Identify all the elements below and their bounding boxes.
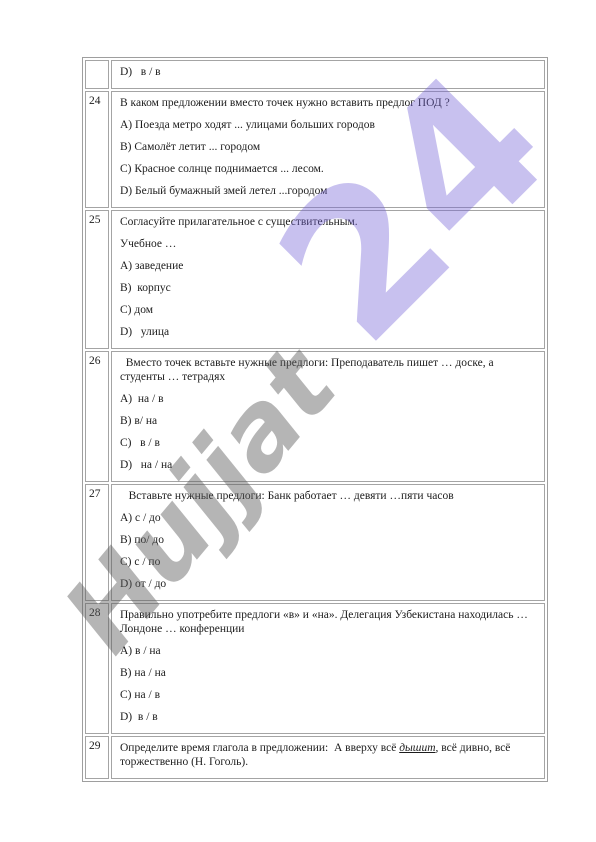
option-d: D) от / до bbox=[120, 577, 536, 591]
text-segment: C) с / по bbox=[120, 556, 160, 568]
text-segment: Определите время глагола в предложении: … bbox=[120, 742, 399, 754]
table-row: 28Правильно употребите предлоги «в» и «н… bbox=[85, 603, 545, 734]
text-segment: B) Самолёт летит ... городом bbox=[120, 141, 260, 153]
document-page: D) в / в24В каком предложении вместо точ… bbox=[0, 0, 596, 842]
text-segment: B) на / на bbox=[120, 667, 166, 679]
question-cell: D) в / в bbox=[111, 60, 545, 89]
option-c: C) дом bbox=[120, 303, 536, 317]
text-segment: D) от / до bbox=[120, 578, 166, 590]
option-a: A) в / на bbox=[120, 644, 536, 658]
text-segment: Вставьте нужные предлоги: Банк работает … bbox=[120, 490, 454, 502]
question-number: 27 bbox=[85, 484, 109, 601]
table-row: 24В каком предложении вместо точек нужно… bbox=[85, 91, 545, 208]
question-text: В каком предложении вместо точек нужно в… bbox=[120, 96, 536, 110]
text-segment: B) по/ до bbox=[120, 534, 164, 546]
option-b: B) по/ до bbox=[120, 533, 536, 547]
question-number: 29 bbox=[85, 736, 109, 779]
question-number: 28 bbox=[85, 603, 109, 734]
text-segment: C) в / в bbox=[120, 437, 160, 449]
text-segment: Правильно употребите предлоги «в» и «на»… bbox=[120, 609, 531, 635]
option-d: D) в / в bbox=[120, 65, 536, 79]
text-segment: D) на / на bbox=[120, 459, 172, 471]
text-segment: D) улица bbox=[120, 326, 169, 338]
text-segment: A) заведение bbox=[120, 260, 183, 272]
option-d: D) улица bbox=[120, 325, 536, 339]
option-a: A) с / до bbox=[120, 511, 536, 525]
option-a: A) заведение bbox=[120, 259, 536, 273]
question-text: Согласуйте прилагательное с существитель… bbox=[120, 215, 536, 229]
option-c: C) с / по bbox=[120, 555, 536, 569]
text-segment: B) в/ на bbox=[120, 415, 157, 427]
table-row: 27 Вставьте нужные предлоги: Банк работа… bbox=[85, 484, 545, 601]
question-text: Вставьте нужные предлоги: Банк работает … bbox=[120, 489, 536, 503]
option-d: D) Белый бумажный змей летел ...городом bbox=[120, 184, 536, 198]
table-row: 26 Вместо точек вставьте нужные предлоги… bbox=[85, 351, 545, 482]
text-segment: B) корпус bbox=[120, 282, 171, 294]
question-text: Определите время глагола в предложении: … bbox=[120, 741, 536, 769]
text-segment: D) Белый бумажный змей летел ...городом bbox=[120, 185, 327, 197]
text-segment: A) с / до bbox=[120, 512, 161, 524]
text-segment: A) Поезда метро ходят ... улицами больши… bbox=[120, 119, 375, 131]
option-c: C) на / в bbox=[120, 688, 536, 702]
option-c: C) Красное солнце поднимается ... лесом. bbox=[120, 162, 536, 176]
questions-table-body: D) в / в24В каком предложении вместо точ… bbox=[85, 60, 545, 779]
questions-table: D) в / в24В каком предложении вместо точ… bbox=[82, 57, 548, 782]
question-stem: Учебное … bbox=[120, 237, 536, 251]
question-cell: В каком предложении вместо точек нужно в… bbox=[111, 91, 545, 208]
question-number bbox=[85, 60, 109, 89]
option-b: B) в/ на bbox=[120, 414, 536, 428]
question-text: Вместо точек вставьте нужные предлоги: П… bbox=[120, 356, 536, 384]
option-b: B) корпус bbox=[120, 281, 536, 295]
question-number: 24 bbox=[85, 91, 109, 208]
text-segment: Учебное … bbox=[120, 238, 176, 250]
text-segment: D) в / в bbox=[120, 711, 158, 723]
question-number: 26 bbox=[85, 351, 109, 482]
emphasized-word: дышит bbox=[399, 742, 435, 754]
table-row: 29Определите время глагола в предложении… bbox=[85, 736, 545, 779]
text-segment: C) на / в bbox=[120, 689, 160, 701]
option-c: C) в / в bbox=[120, 436, 536, 450]
question-cell: Вставьте нужные предлоги: Банк работает … bbox=[111, 484, 545, 601]
text-segment: D) в / в bbox=[120, 66, 161, 78]
option-b: B) на / на bbox=[120, 666, 536, 680]
text-segment: В каком предложении вместо точек нужно в… bbox=[120, 97, 450, 109]
question-cell: Согласуйте прилагательное с существитель… bbox=[111, 210, 545, 349]
table-row: 25Согласуйте прилагательное с существите… bbox=[85, 210, 545, 349]
question-cell: Определите время глагола в предложении: … bbox=[111, 736, 545, 779]
option-d: D) в / в bbox=[120, 710, 536, 724]
option-a: A) на / в bbox=[120, 392, 536, 406]
text-segment: A) на / в bbox=[120, 393, 164, 405]
question-cell: Вместо точек вставьте нужные предлоги: П… bbox=[111, 351, 545, 482]
option-b: B) Самолёт летит ... городом bbox=[120, 140, 536, 154]
option-d: D) на / на bbox=[120, 458, 536, 472]
text-segment: C) Красное солнце поднимается ... лесом. bbox=[120, 163, 324, 175]
question-text: Правильно употребите предлоги «в» и «на»… bbox=[120, 608, 536, 636]
text-segment: A) в / на bbox=[120, 645, 161, 657]
text-segment: Вместо точек вставьте нужные предлоги: П… bbox=[120, 357, 496, 383]
option-a: A) Поезда метро ходят ... улицами больши… bbox=[120, 118, 536, 132]
question-number: 25 bbox=[85, 210, 109, 349]
table-row: D) в / в bbox=[85, 60, 545, 89]
question-cell: Правильно употребите предлоги «в» и «на»… bbox=[111, 603, 545, 734]
text-segment: C) дом bbox=[120, 304, 153, 316]
text-segment: Согласуйте прилагательное с существитель… bbox=[120, 216, 358, 228]
